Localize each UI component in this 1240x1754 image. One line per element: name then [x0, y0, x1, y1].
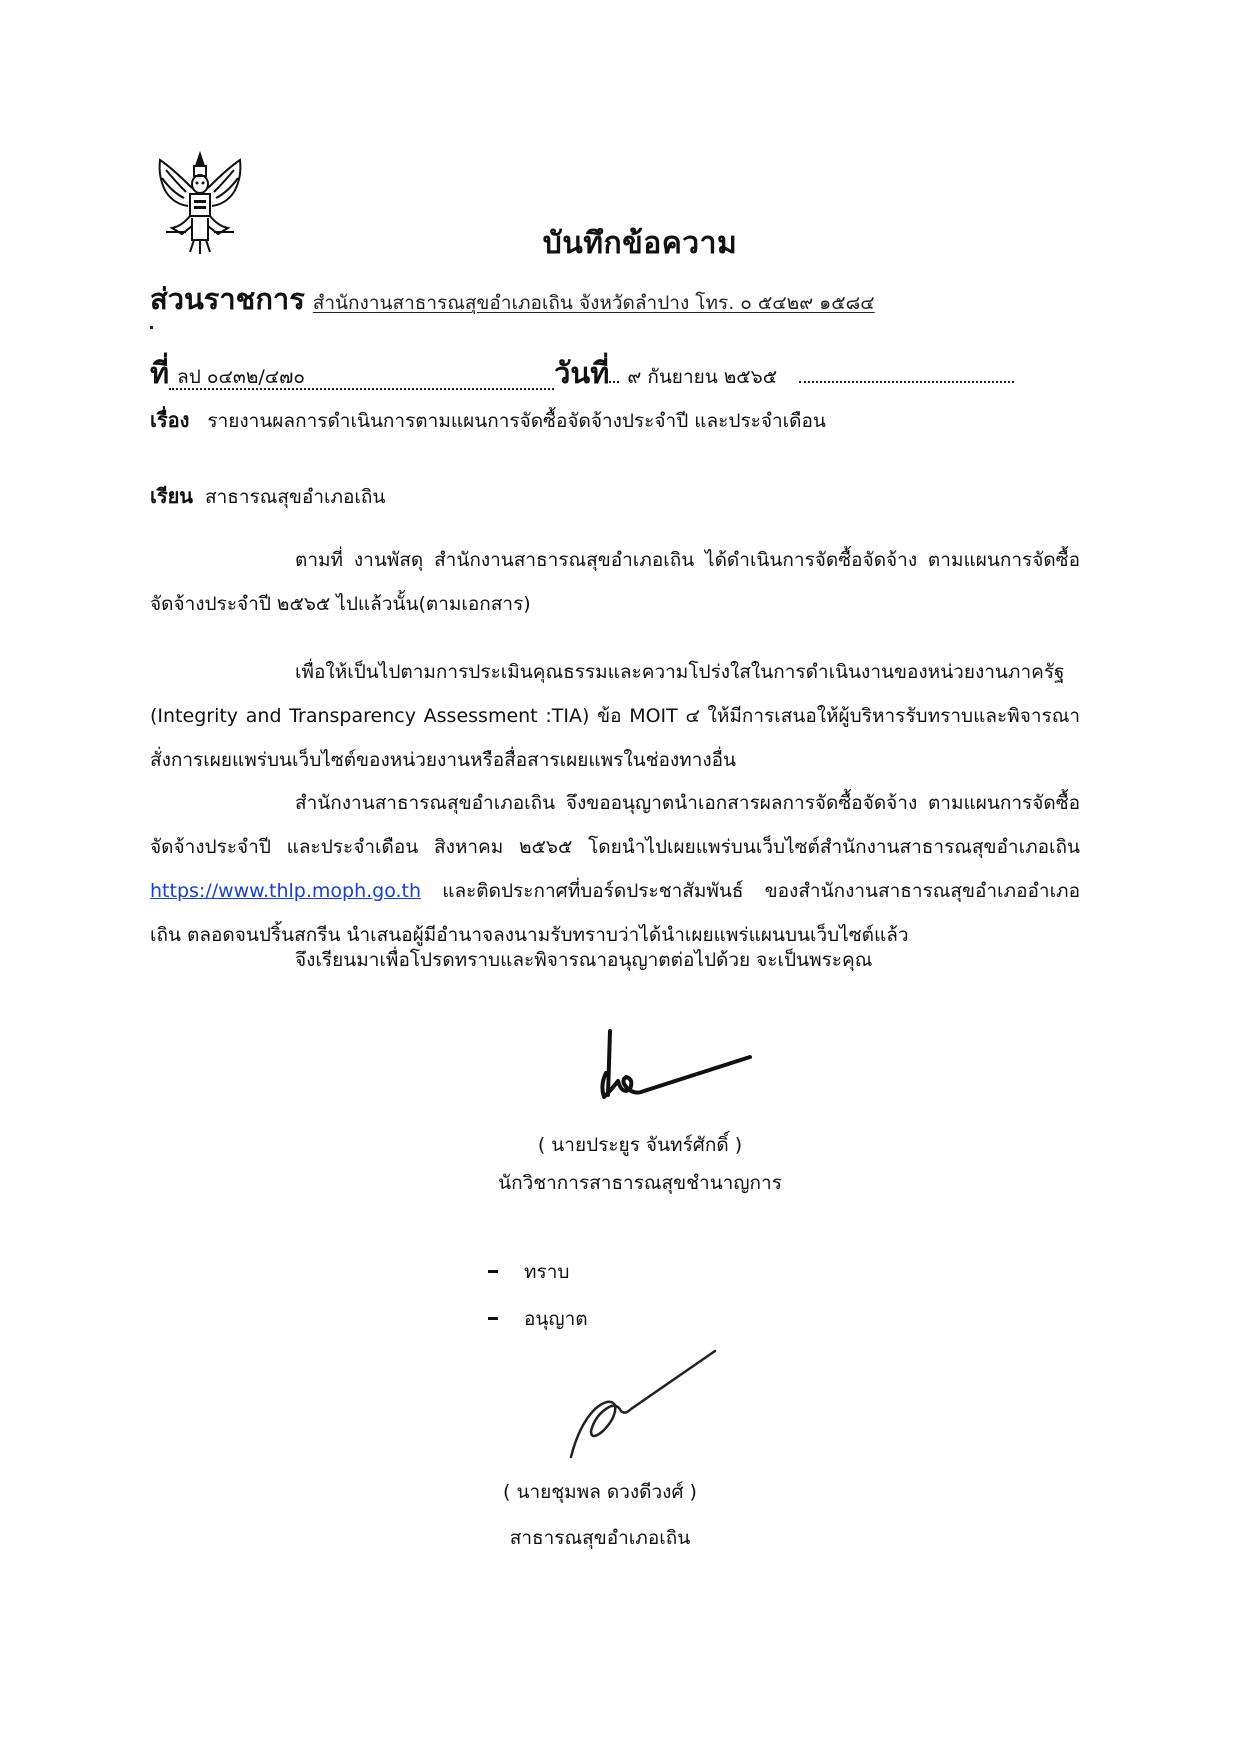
reference-label: ที่	[150, 350, 169, 396]
body-paragraph-2: เพื่อให้เป็นไปตามการประเมินคุณธรรมและควา…	[150, 650, 1080, 782]
signatory-2-position: สาธารณสุขอำเภอเถิน	[400, 1523, 800, 1553]
body-paragraph-3: สำนักงานสาธารณสุขอำเภอเถิน จึงขออนุญาตนำ…	[150, 781, 1080, 957]
subject-label: เรื่อง	[150, 404, 189, 436]
dash-bullet-icon	[488, 1270, 498, 1273]
memo-page: บันทึกข้อความ ส่วนราชการ สำนักงานสาธารณส…	[0, 0, 1240, 1754]
body-paragraph-1: ตามที่ งานพัสดุ สำนักงานสาธารณสุขอำเภอเถ…	[150, 538, 1080, 626]
signatory-1-name: ( นายประยูร จันทร์ศักดิ์ )	[440, 1130, 840, 1160]
subject-value: รายงานผลการดำเนินการตามแผนการจัดซื้อจัดจ…	[207, 406, 826, 436]
signature-1-icon	[600, 1025, 760, 1115]
date-value: ๙ กันยายน ๒๕๖๕	[619, 367, 799, 388]
agency-row: ส่วนราชการ สำนักงานสาธารณสุขอำเภอเถิน จั…	[150, 276, 881, 322]
approval-option-permit: อนุญาต	[488, 1295, 588, 1342]
closing-paragraph: จึงเรียนมาเพื่อโปรดทราบและพิจารณาอนุญาตต…	[150, 938, 1080, 982]
signature-2-icon	[565, 1345, 725, 1465]
paragraph-3-text-a: สำนักงานสาธารณสุขอำเภอเถิน จึงขออนุญาตนำ…	[150, 792, 1080, 858]
reference-date-row: ที่ ลป ๐๔๓๒/๔๗๐ วันที่ ๙ กันยายน ๒๕๖๕	[150, 350, 1070, 396]
date-leader-dots	[609, 381, 619, 383]
recipient-label: เรียน	[150, 480, 193, 512]
signatory-2-name: ( นายชุมพล ดวงดีวงศ์ )	[400, 1477, 800, 1507]
website-link[interactable]: https://www.thlp.moph.go.th	[150, 880, 421, 902]
subject-row: เรื่อง รายงานผลการดำเนินการตามแผนการจัดซ…	[150, 404, 826, 436]
date-label: วันที่	[554, 350, 609, 396]
approval-option-label: ทราบ	[524, 1257, 569, 1287]
signatory-1-position: นักวิชาการสาธารณสุขชำนาญการ	[440, 1168, 840, 1198]
recipient-row: เรียน สาธารณสุขอำเภอเถิน	[150, 480, 385, 512]
approval-option-label: อนุญาต	[524, 1304, 588, 1334]
dash-bullet-icon	[488, 1317, 498, 1320]
mark-dot	[150, 326, 153, 329]
date-trailing-dots	[799, 381, 1014, 383]
agency-value: สำนักงานสาธารณสุขอำเภอเถิน จังหวัดลำปาง …	[305, 293, 881, 314]
approval-options: ทราบ อนุญาต	[488, 1248, 588, 1342]
approval-option-acknowledge: ทราบ	[488, 1248, 588, 1295]
reference-value: ลป ๐๔๓๒/๔๗๐	[169, 367, 554, 390]
agency-label: ส่วนราชการ	[150, 276, 305, 322]
recipient-value: สาธารณสุขอำเภอเถิน	[205, 482, 385, 512]
document-title: บันทึกข้อความ	[0, 220, 1240, 267]
